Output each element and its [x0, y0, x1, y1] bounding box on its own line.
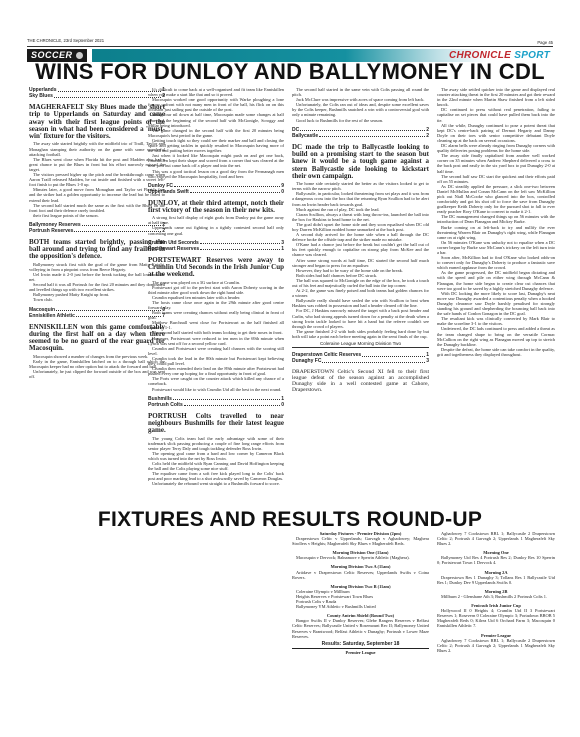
- article-paragraph: The visitors pressed higher up the pitch…: [29, 172, 165, 187]
- result-text: Draperstown Res 1 Dunaghy 3; Tollans Res…: [437, 575, 555, 585]
- page-header: THE CHRONICLE, 23rd September 2021 Page …: [27, 37, 553, 47]
- scoreline: Macosquin0 Enniskillen Athletic7: [29, 307, 165, 319]
- article-paragraph: This was a good tactical lesson on a goo…: [148, 169, 284, 179]
- article-paragraph: The second half saw DC start the quickes…: [437, 174, 555, 184]
- page-number: Page 45: [537, 40, 553, 45]
- article-paragraph: The away side finally capitalised from a…: [437, 153, 555, 173]
- fixtures-list: Saturday Fixtures - Premier Division (2p…: [292, 531, 429, 655]
- results-bar: Results: Saturday, September 18: [292, 642, 429, 649]
- article-paragraph: Soon after, McKillion had to find O'Kane…: [437, 255, 555, 270]
- column-3: The second half started in the same vein…: [292, 87, 429, 394]
- article-lead: MAGHERAFELT Sky Blues made the short tri…: [29, 104, 165, 140]
- article-lead: ENNISKILLEN won this game comfortably du…: [29, 324, 165, 353]
- article-paragraph: The opening goal came from a hard and lo…: [148, 451, 284, 461]
- away-score: 2: [426, 133, 429, 139]
- article-paragraph: As DC steadily applied the pressure, a s…: [437, 184, 555, 215]
- article-paragraph: Despite the defeat, the home side can ta…: [437, 347, 555, 357]
- away-team: Dunaghy FC: [292, 358, 321, 364]
- article-paragraph: The Ports were caught on the counter att…: [148, 376, 284, 386]
- article-paragraph: Colts held the midfield with Ryan Cannin…: [148, 461, 284, 471]
- article-paragraph: Undeterred, the DC lads continued to pre…: [437, 326, 555, 346]
- result-text: Aghadowey 7 Cookstown RBL 1; Ballycastle…: [437, 531, 555, 546]
- article-paragraph: The resultant kick was clinically conver…: [437, 316, 555, 326]
- article-paragraph: Good luck to Bushmills for the rest of t…: [292, 118, 429, 123]
- away-score: 1: [281, 246, 284, 252]
- article-paragraph: their first league points of the season.: [29, 213, 165, 218]
- scoreline: Upperlands1 Sky Blues2: [29, 87, 165, 99]
- article-paragraph: Crumlin took the lead in the 80th minute…: [148, 356, 284, 366]
- article-paragraph: Ballycastle really should have sealed th…: [292, 298, 429, 308]
- article-paragraph: Uel Irwin made it 2-0 just before the br…: [29, 272, 165, 282]
- article-lead: PORTSTEWART Reserves were away to Crumli…: [148, 257, 284, 279]
- article-paragraph: The equaliser came from a soft free kick…: [148, 471, 284, 481]
- fixture-text: Artidave v Draperstown Celtic Reserves; …: [292, 570, 429, 580]
- scoreline: Ballymoney Reserves2 Portrush Reserves2: [29, 222, 165, 234]
- article-paragraph: The game finished 2-2 with both sides pr…: [292, 329, 429, 339]
- article-paragraph: Portstewart got off to the perfect start…: [148, 285, 284, 295]
- article-lead: DRAPERSTOWN Celtic's Second XI fell to t…: [292, 369, 429, 393]
- result-text: Hollywood II 0 Heights 4; Crumlin Utd II…: [437, 608, 555, 628]
- article-paragraph: Just when it looked like Macosquin might…: [148, 153, 284, 168]
- article-lead: DC made the trip to Ballycastle looking …: [292, 144, 429, 180]
- away-team: Portstewart Reserves: [148, 246, 199, 252]
- scoreline: DC2 Ballycastle2: [292, 127, 429, 139]
- article-paragraph: Unfortunately, the Colts ran out of idea…: [292, 102, 429, 117]
- article-paragraph: Unfortunately, he just clipped the forwa…: [29, 369, 165, 379]
- article-paragraph: The away side started brightly with the …: [29, 141, 165, 156]
- fixture-text: Draperstown Celtic v Upperlands; Garvagh…: [292, 536, 429, 546]
- league-label: Coleraine League Morning Division Two: [292, 341, 429, 348]
- article-paragraph: The DC management changed things up on 5…: [437, 214, 555, 224]
- scoreline: Draperstown Celtic Reserves1 Dunaghy FC3: [292, 352, 429, 364]
- article-lead: BOTH teams started brightly, passing the…: [29, 239, 165, 261]
- article-paragraph: Ballymoney struck first with the goal of…: [29, 262, 165, 272]
- results-list: Aghadowey 7 Cookstown RBL 1; Ballycastle…: [437, 531, 555, 653]
- fixture-text: Macosquin v Dervock; Balnamore v Sperrin…: [292, 555, 429, 560]
- away-team: Enniskillen Athletic: [29, 313, 75, 319]
- article-paragraph: Crumlin and Portstewart were creating ha…: [148, 346, 284, 356]
- article-paragraph: Ciaran Scullion, always a threat with lo…: [292, 212, 429, 222]
- away-score: 0: [281, 402, 284, 408]
- article-paragraph: Matthew Burchnall went close for Portste…: [148, 320, 284, 330]
- away-team: Portrush Colts: [148, 402, 183, 408]
- article-paragraph: Town club.: [29, 297, 165, 302]
- article-paragraph: Both teams were creating chances without…: [148, 310, 284, 320]
- article-paragraph: The second half started much the same as…: [29, 203, 165, 213]
- article-paragraph: On 56 minutes O'Kane was unlucky not to …: [437, 240, 555, 255]
- article-paragraph: The second half started in the same vein…: [292, 87, 429, 97]
- scoreline: Crumlin Utd Seconds3 Portstewart Reserve…: [148, 240, 284, 252]
- article-paragraph: Portstewart would like to wish Crumlin U…: [148, 387, 284, 392]
- away-team: Portrush Reserves: [29, 228, 73, 234]
- column-2: It's difficult to come back at a well-or…: [148, 87, 284, 486]
- away-team: Upperlands Swift: [148, 189, 189, 195]
- column-1: Upperlands1 Sky Blues2 MAGHERAFELT Sky B…: [29, 87, 165, 379]
- away-team: Sky Blues: [29, 93, 53, 99]
- article-paragraph: Getting touch tight so they could see th…: [148, 138, 284, 153]
- article-paragraph: Early in the game, Enniskillen latched o…: [29, 359, 165, 369]
- fixture-text: Bangor Swifts II v Dunloy Reserves; Gleb…: [292, 618, 429, 638]
- article-paragraph: Crumlin then extended their lead on the …: [148, 366, 284, 376]
- article-paragraph: A second duly arrived for the home side …: [292, 232, 429, 242]
- article-paragraph: The Blues went close when Florida hit th…: [29, 157, 165, 172]
- fixture-group-heading: Premier League: [292, 650, 429, 655]
- away-score: 3: [426, 358, 429, 364]
- result-text: Aghadowey 7 Cookstown RBL 1; Ballycastle…: [437, 638, 555, 653]
- article-paragraph: DC continued to press without real penet…: [437, 107, 555, 122]
- column-4: The away side settled quicker into the g…: [437, 87, 555, 505]
- away-team: Ballycastle: [292, 133, 318, 139]
- article-paragraph: Unfortunately the rebound went straight …: [148, 481, 284, 486]
- scoreline: Dunloy FC9 Upperlands Swift0: [148, 183, 284, 195]
- article-paragraph: However, Portstewart were reduced to ten…: [148, 336, 284, 346]
- article-paragraph: The ball was squared to McGonigle on the…: [292, 278, 429, 288]
- football-icon: [76, 52, 83, 59]
- article-lead: PORTRUSH Colts travelled to near neighbo…: [148, 413, 284, 435]
- article-paragraph: It's difficult to come back at a well-or…: [148, 87, 284, 97]
- article-paragraph: Ballycastle, in particular, looked threa…: [292, 191, 429, 206]
- article-paragraph: Macosquin worked one good opportunity wi…: [148, 97, 284, 112]
- article-paragraph: Burke coming on at left-back to try and …: [437, 225, 555, 240]
- article-paragraph: DC alarm bells were already ringing from…: [437, 143, 555, 153]
- page-headline: WINS FOR DUNLOY AND BALLYMONEY IN CDL: [27, 60, 553, 84]
- article-paragraph: The home side certainly started the bett…: [292, 181, 429, 191]
- article-paragraph: Upperlands came out fighting in a tightl…: [148, 225, 284, 235]
- article-lead: DUNLOY, at their third attempt, notch th…: [148, 200, 284, 215]
- away-score: 0: [281, 189, 284, 195]
- article-paragraph: The second half started with both teams …: [148, 330, 284, 335]
- scoreline: Bushmills1 Portrush Colts0: [148, 396, 284, 408]
- fixture-line: Ballymoney YM Athletic v Bushmills Unite…: [292, 604, 429, 609]
- article-paragraph: The goal didn't upset the home side and …: [292, 222, 429, 232]
- article-paragraph: Being four nil down at half time, Macosq…: [148, 112, 284, 127]
- article-paragraph: The hosts came close once again in the 2…: [148, 300, 284, 310]
- article-paragraph: Second half it was all Portrush for the …: [29, 282, 165, 292]
- article-paragraph: The game changed in the second half with…: [148, 128, 284, 138]
- article-paragraph: A strong first half display of eight goa…: [148, 215, 284, 225]
- article-paragraph: As the game progressed, the DC midfield …: [437, 270, 555, 290]
- article-paragraph: O'Kane had a chance just before the brea…: [292, 242, 429, 257]
- article-paragraph: The away side settled quicker into the g…: [437, 87, 555, 107]
- result-text: Ballymoney Utd Res 4 Portrush Res 2; Dun…: [437, 555, 555, 565]
- article-paragraph: Minutes later, a good move from Monaghan…: [29, 187, 165, 202]
- article-paragraph: At 2-2, the game was finely poised and b…: [292, 288, 429, 298]
- fixtures-heading: FIXTURES AND RESULTS ROUND-UP: [27, 508, 553, 532]
- article-paragraph: After some strong words at half time, DC…: [292, 258, 429, 268]
- publication-date: THE CHRONICLE, 23rd September 2021: [27, 38, 104, 43]
- article-paragraph: The young Colts team had the early advan…: [148, 436, 284, 451]
- article-paragraph: For DC, J Haskins narrowly missed the ta…: [292, 308, 429, 328]
- article-paragraph: With DC looking the more likely to score…: [437, 291, 555, 316]
- result-text: Millburn 2 - Glenshane Ath 3; Bushmills …: [437, 594, 555, 599]
- article-paragraph: All the while, Dunaghy continued to pose…: [437, 123, 555, 143]
